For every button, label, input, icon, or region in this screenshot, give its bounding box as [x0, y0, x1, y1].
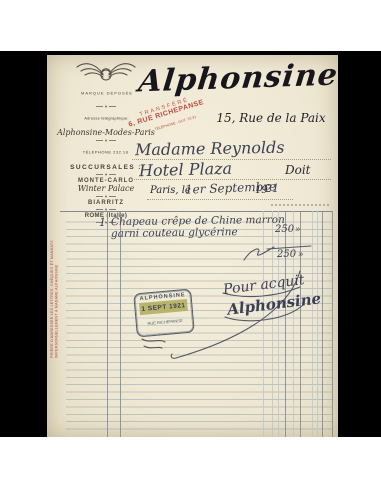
branch-biarritz: BIARRITZ: [55, 200, 157, 206]
table-vertical-rule: [332, 211, 333, 437]
receipt-stamp-street: RUE RICHEPANSE: [147, 318, 183, 326]
table-vertical-rule: [120, 211, 121, 437]
marque-deposee-label: MARQUE DÉPOSÉE: [81, 91, 133, 96]
brand-title: Alphonsine: [137, 58, 338, 100]
ornament-divider: [96, 139, 116, 142]
table-vertical-rule: [278, 211, 279, 437]
table-vertical-rule: [293, 211, 294, 437]
table-vertical-rule: [272, 211, 273, 437]
ornament-divider: [96, 173, 116, 176]
winged-head-emblem-icon: [75, 59, 137, 85]
total-amount: 250: [277, 249, 296, 260]
receipt-date-stamp: ALPHONSINE 1 SEPT 1921 RUE RICHEPANSE: [133, 289, 195, 338]
dateline-year-handwritten: 21: [265, 182, 279, 195]
ruled-dotted-line: [132, 179, 331, 180]
item-price-cents: »: [295, 225, 301, 235]
printer-microtext: [271, 204, 329, 206]
ruled-dotted-line: [147, 199, 293, 200]
item-description-line2: garni couteau glycérine: [111, 226, 238, 240]
table-vertical-rule: [107, 211, 108, 437]
table-vertical-rule: [263, 211, 264, 437]
sidebar-note-line2: IMPERSONNELLEMENT À MADAME ALPHONSINE: [55, 218, 60, 358]
sidebar-red-note: PRIÈRE D'ADRESSER LES LETTRES, CHÈQUES E…: [48, 218, 60, 358]
item-price-amount: 250: [275, 224, 294, 235]
table-vertical-rule: [285, 211, 286, 437]
telephone-line: TÉLÉPHONE 232.18: [83, 150, 129, 155]
telegraph-label: Adresse télégraphique:: [84, 116, 128, 121]
ornament-divider: [96, 195, 116, 198]
ornament-divider: [96, 105, 116, 108]
scanned-invoice: MARQUE DÉPOSÉE Adresse télégraphique: Al…: [0, 0, 381, 492]
table-vertical-rule: [300, 211, 301, 437]
item-quantity: 1: [99, 216, 106, 229]
table-vertical-rule: [322, 211, 323, 437]
table-vertical-rule: [312, 211, 313, 437]
branch-winter-palace: Winter Palace: [55, 184, 157, 193]
invoice-paper: MARQUE DÉPOSÉE Adresse télégraphique: Al…: [47, 55, 338, 437]
total-cents: »: [298, 250, 304, 260]
recipient-name-handwritten: Madame Reynolds: [135, 138, 285, 160]
street-address: 15, Rue de la Paix: [207, 111, 335, 125]
recipient-address-handwritten: Hotel Plaza: [139, 159, 233, 180]
table-top-rule: [60, 211, 332, 212]
table-vertical-rule: [317, 211, 318, 437]
doit-label: Doit: [285, 163, 311, 177]
